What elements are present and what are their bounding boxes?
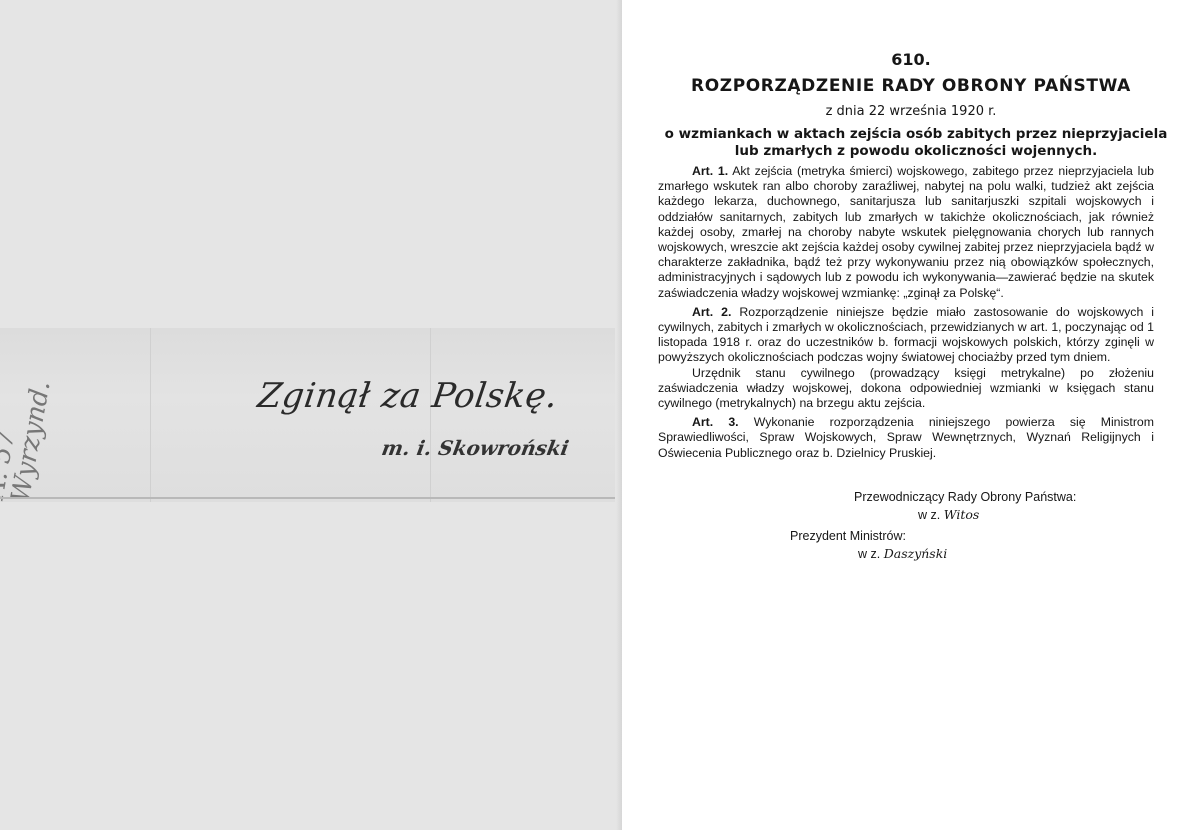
document-title: ROZPORZĄDZENIE RADY OBRONY PAŃSTWA [622, 76, 1200, 96]
signature-block-chairman: Przewodniczący Rady Obrony Państwa: w z.… [854, 490, 1076, 522]
article-label: Art. 3. [692, 415, 739, 429]
document-number: 610. [622, 50, 1200, 69]
signature-prefix: w z. [858, 547, 880, 561]
article-2: Art. 2. Rozporządzenie niniejsze będzie … [658, 305, 1154, 366]
signature-block-prime-minister: Prezydent Ministrów: w z. Daszyński [790, 529, 947, 561]
document-subject: o wzmiankach w aktach zejścia osób zabit… [652, 126, 1180, 160]
article-1: Art. 1. Akt zejścia (metryka śmierci) wo… [658, 164, 1154, 301]
article-text: Akt zejścia (metryka śmierci) wojskowego… [658, 164, 1154, 300]
article-label: Art. 1. [692, 164, 728, 178]
left-panel: A. 57 Wyrzynd. Zginął za Polskę. m. i. S… [0, 0, 622, 830]
signature-name: Daszyński [884, 546, 948, 561]
article-2-continuation: Urzędnik stanu cywilnego (prowadzący ksi… [658, 366, 1154, 412]
signature-role: Przewodniczący Rady Obrony Państwa: [854, 490, 1076, 504]
handwritten-record-scan: A. 57 Wyrzynd. Zginął za Polskę. m. i. S… [0, 328, 615, 502]
article-3: Art. 3. Wykonanie rozporządzenia niniejs… [658, 415, 1154, 461]
document-page: 610. ROZPORZĄDZENIE RADY OBRONY PAŃSTWA … [622, 0, 1200, 830]
signature-prefix: w z. [918, 508, 940, 522]
scan-column-line [150, 328, 151, 502]
margin-note: A. 57 Wyrzynd. [0, 348, 47, 502]
handwritten-annotation: Zginął za Polskę. [255, 376, 560, 416]
handwritten-signature: m. i. Skowroński [380, 436, 571, 460]
document-body: Art. 1. Akt zejścia (metryka śmierci) wo… [658, 164, 1154, 465]
article-label: Art. 2. [692, 305, 731, 319]
article-text: Rozporządzenie niniejsze będzie miało za… [658, 305, 1154, 365]
signature-role: Prezydent Ministrów: [790, 529, 947, 543]
document-date: z dnia 22 września 1920 r. [622, 104, 1200, 119]
scan-bottom-rule [0, 497, 615, 499]
signature-name: Witos [944, 507, 980, 522]
